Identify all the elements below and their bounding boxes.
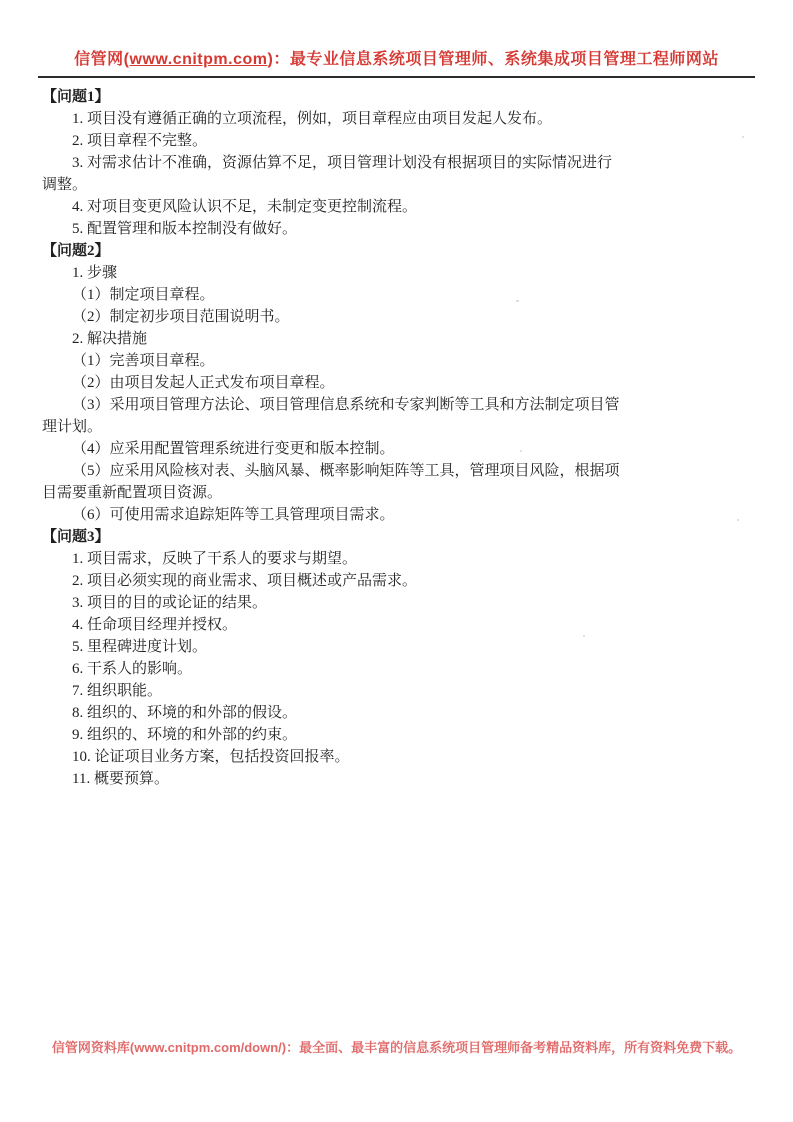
- p2-item-8: （4）应采用配置管理系统进行变更和版本控制。: [42, 438, 622, 460]
- p2-item-3: （2）制定初步项目范围说明书。: [42, 306, 622, 328]
- p2-item-2: （1）制定项目章程。: [42, 284, 622, 306]
- site-header: 信管网(www.cnitpm.com)：最专业信息系统项目管理师、系统集成项目管…: [40, 50, 753, 70]
- scanned-document-page: 信管网(www.cnitpm.com)：最专业信息系统项目管理师、系统集成项目管…: [0, 0, 793, 1122]
- scan-speck: [742, 136, 744, 138]
- header-tagline: )：最专业信息系统项目管理师、系统集成项目管理工程师网站: [267, 51, 718, 68]
- p3-item-9: 9. 组织的、环境的和外部的约束。: [42, 724, 622, 746]
- header-site-name: 信管网(: [74, 51, 129, 68]
- p3-item-7: 7. 组织职能。: [42, 680, 622, 702]
- footer-site-name: 信管网资料库(: [52, 1040, 134, 1055]
- scan-speck: [520, 450, 522, 452]
- p1-item-2: 2. 项目章程不完整。: [42, 130, 622, 152]
- section-title-problem-3: 【问题3】: [42, 526, 622, 548]
- scan-speck: [583, 635, 585, 637]
- p3-item-2: 2. 项目必须实现的商业需求、项目概述或产品需求。: [42, 570, 622, 592]
- header-url: www.cnitpm.com: [130, 51, 268, 68]
- p2-item-6: （2）由项目发起人正式发布项目章程。: [42, 372, 622, 394]
- p3-item-4: 4. 任命项目经理并授权。: [42, 614, 622, 636]
- footer-tagline: )：最全面、最丰富的信息系统项目管理师备考精品资料库，所有资料免费下载。: [282, 1040, 741, 1055]
- p1-item-4: 4. 对项目变更风险认识不足，未制定变更控制流程。: [42, 196, 622, 218]
- p2-item-10: （6）可使用需求追踪矩阵等工具管理项目需求。: [42, 504, 622, 526]
- site-footer: 信管网资料库(www.cnitpm.com/down/)：最全面、最丰富的信息系…: [40, 1039, 753, 1056]
- p2-item-7: （3）采用项目管理方法论、项目管理信息系统和专家判断等工具和方法制定项目管理计划…: [42, 394, 622, 438]
- p3-item-5: 5. 里程碑进度计划。: [42, 636, 622, 658]
- section-problem-2: 【问题2】 1. 步骤 （1）制定项目章程。 （2）制定初步项目范围说明书。 2…: [42, 240, 622, 526]
- scan-speck: [737, 519, 739, 521]
- p1-item-5: 5. 配置管理和版本控制没有做好。: [42, 218, 622, 240]
- p3-item-1: 1. 项目需求，反映了干系人的要求与期望。: [42, 548, 622, 570]
- p3-item-3: 3. 项目的目的或论证的结果。: [42, 592, 622, 614]
- section-title-problem-2: 【问题2】: [42, 240, 622, 262]
- p3-item-8: 8. 组织的、环境的和外部的假设。: [42, 702, 622, 724]
- p1-item-1: 1. 项目没有遵循正确的立项流程，例如，项目章程应由项目发起人发布。: [42, 108, 622, 130]
- section-problem-1: 【问题1】 1. 项目没有遵循正确的立项流程，例如，项目章程应由项目发起人发布。…: [42, 86, 622, 240]
- p2-item-5: （1）完善项目章程。: [42, 350, 622, 372]
- header-divider: [38, 76, 755, 78]
- section-title-problem-1: 【问题1】: [42, 86, 622, 108]
- p2-item-1: 1. 步骤: [42, 262, 622, 284]
- p3-item-6: 6. 干系人的影响。: [42, 658, 622, 680]
- p2-item-9: （5）应采用风险核对表、头脑风暴、概率影响矩阵等工具，管理项目风险，根据项目需要…: [42, 460, 622, 504]
- scan-speck: [570, 163, 573, 165]
- scan-speck: [516, 300, 519, 302]
- footer-url: www.cnitpm.com/down/: [134, 1040, 282, 1055]
- document-body: 【问题1】 1. 项目没有遵循正确的立项流程，例如，项目章程应由项目发起人发布。…: [42, 86, 622, 790]
- p1-item-3: 3. 对需求估计不准确，资源估算不足，项目管理计划没有根据项目的实际情况进行调整…: [42, 152, 622, 196]
- p3-item-10: 10. 论证项目业务方案，包括投资回报率。: [42, 746, 622, 768]
- p3-item-11: 11. 概要预算。: [42, 768, 622, 790]
- section-problem-3: 【问题3】 1. 项目需求，反映了干系人的要求与期望。 2. 项目必须实现的商业…: [42, 526, 622, 790]
- p2-item-4: 2. 解决措施: [42, 328, 622, 350]
